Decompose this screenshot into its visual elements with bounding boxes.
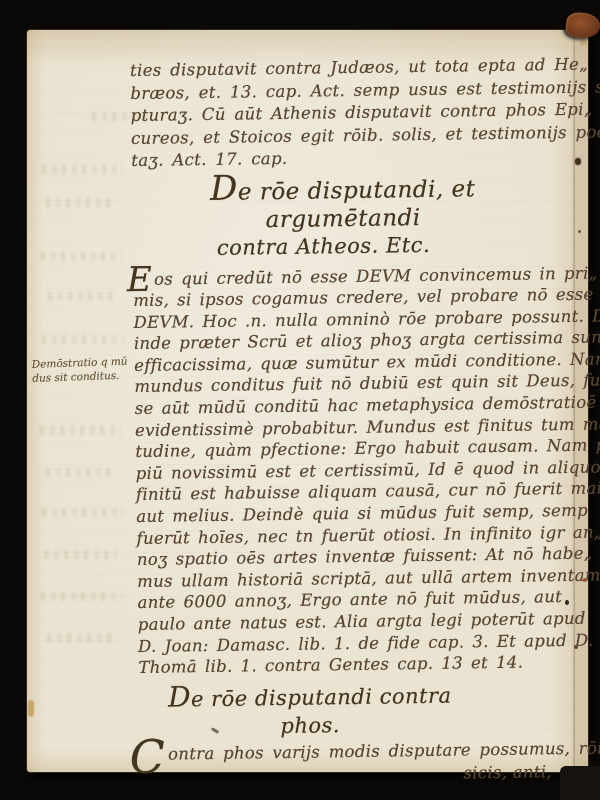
intro-paragraph: ties disputavit contra Judæos, ut tota e… [130, 54, 584, 173]
photo-backdrop: Demōstratio q mūdus sit conditus. ties d… [0, 0, 600, 800]
margin-note: Demōstratio q mūdus sit conditus. [32, 354, 141, 386]
showthrough-mark [39, 550, 117, 559]
rust-speck [583, 578, 586, 582]
crease-speck [574, 645, 578, 649]
paragraph-contra-atheos: Eos qui credūt nō esse DEVM convincemus … [133, 262, 591, 679]
heading-contra-atheos-line2: contra Atheos. Etc. [132, 229, 584, 261]
showthrough-mark [36, 252, 122, 261]
text-line: dus sit conditus. [32, 368, 140, 386]
showthrough-mark [37, 508, 123, 517]
handwritten-text: ties disputavit contra Judæos, ut tota e… [130, 54, 592, 789]
showthrough-mark [37, 335, 123, 344]
manuscript-page: Demōstratio q mūdus sit conditus. ties d… [27, 30, 588, 772]
showthrough-mark [43, 292, 117, 301]
showthrough-mark [41, 468, 113, 477]
edge-stain [28, 700, 34, 717]
heading-contra-philosophos: De rōe disputandi contra phos. [139, 677, 592, 741]
book-cover-corner [560, 766, 600, 800]
wormhole-speck [575, 158, 581, 165]
ink-speck [565, 600, 569, 605]
showthrough-mark [36, 592, 122, 601]
showthrough-mark [42, 634, 112, 643]
showthrough-mark [35, 426, 121, 435]
edge-chip [580, 40, 587, 45]
showthrough-mark [41, 198, 111, 207]
showthrough-mark [37, 165, 123, 174]
crease-speck [578, 230, 581, 233]
heading-contra-atheos-line1: De rōe disputandi, et argumētandi [132, 169, 585, 235]
